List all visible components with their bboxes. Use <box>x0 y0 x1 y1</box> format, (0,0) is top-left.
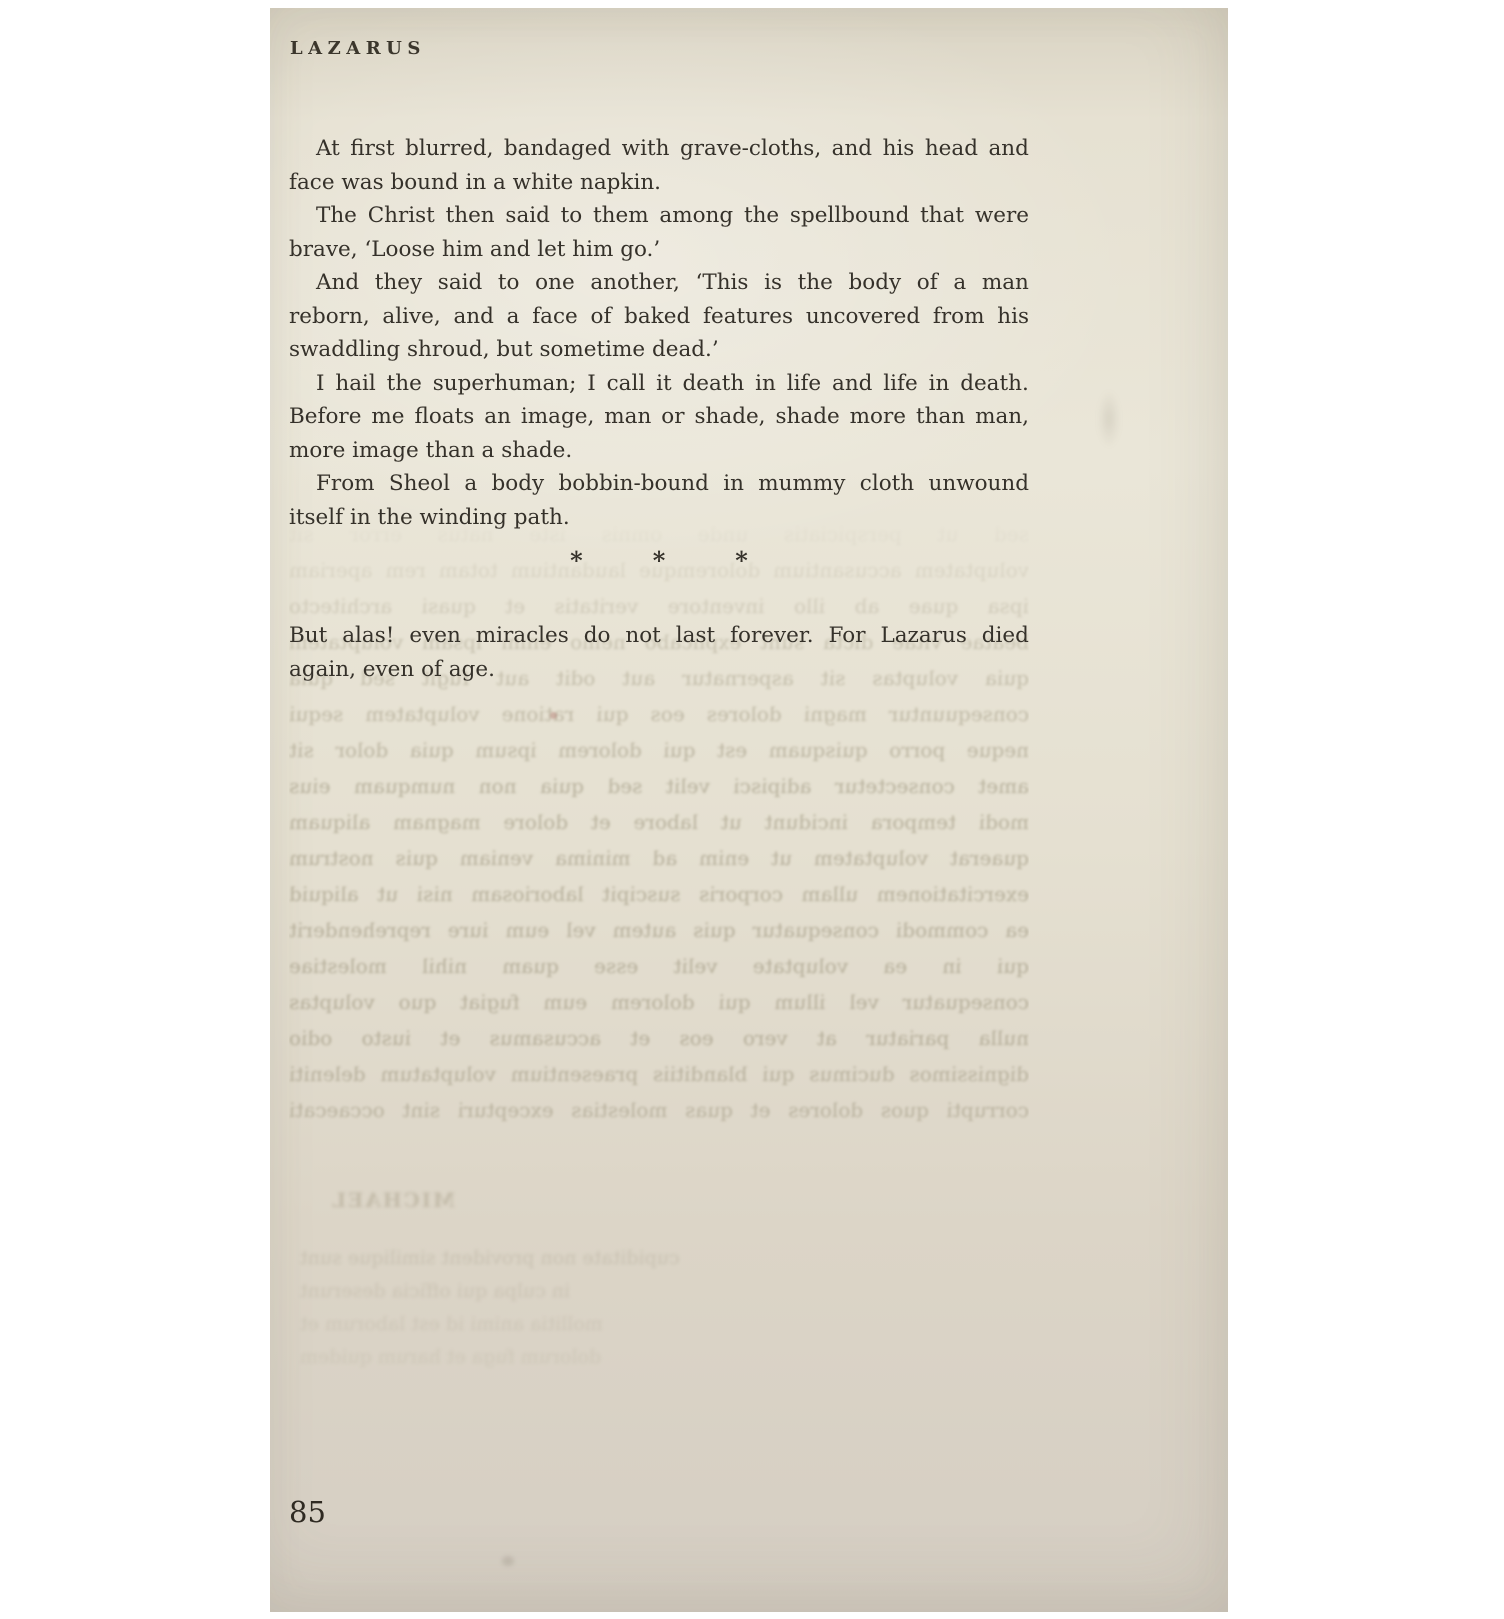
text-line: Atfirstblurred,bandagedwithgrave-cloths,… <box>289 132 1029 166</box>
bleedthrough-line: dignissimosducimusquiblanditiispraesenti… <box>289 1056 1029 1092</box>
paper-speck <box>502 1556 514 1566</box>
running-head: LAZARUS <box>290 38 426 59</box>
bleedthrough-signature: MICHAELcupiditate non provident similiqu… <box>300 1188 840 1374</box>
text-line: Beforemefloatsanimage,manorshade,shademo… <box>289 400 1029 434</box>
text-line: swaddling shroud, but sometime dead.’ <box>289 333 1029 367</box>
closing-paragraph: Butalas!evenmiraclesdonotlastforever.For… <box>289 619 1029 686</box>
page-number: 85 <box>289 1492 326 1532</box>
bleedthrough-line: cupiditate non provident similique sunt <box>300 1242 840 1275</box>
bleedthrough-line: consequaturvelillumquidoloremeumfugiatqu… <box>289 984 1029 1020</box>
book-page-scan: LAZARUS sedutperspiciatisundeomnisistena… <box>270 8 1228 1612</box>
text-line: FromSheolabodybobbin-boundinmummyclothun… <box>289 467 1029 501</box>
text-line: Ihailthesuperhuman;Icallitdeathinlifeand… <box>289 367 1029 401</box>
bleedthrough-line: nequeporroquisquamestquidoloremipsumquia… <box>289 732 1029 768</box>
text-line: TheChristthensaidtothemamongthespellboun… <box>289 199 1029 233</box>
bleedthrough-line: ametconsecteturadipiscivelitsedquianonnu… <box>289 768 1029 804</box>
asterisk-separator: *** <box>289 544 1029 578</box>
text-line: reborn,alive,andafaceofbakedfeaturesunco… <box>289 300 1029 334</box>
bleedthrough-line: corruptiquosdoloresetquasmolestiasexcept… <box>289 1092 1029 1128</box>
bleedthrough-line: mollitia animi id est laborum et <box>300 1308 840 1341</box>
paper-speck <box>550 712 557 719</box>
text-line: face was bound in a white napkin. <box>289 166 1029 200</box>
bleedthrough-line: eacommodiconsequaturquisautemveleumiurer… <box>289 912 1029 948</box>
text-line: Andtheysaidtooneanother,‘Thisisthebodyof… <box>289 266 1029 300</box>
bleedthrough-line: in culpa qui officia deserunt <box>300 1275 840 1308</box>
asterisk: * <box>735 546 748 575</box>
paper-smudge <box>1098 390 1120 448</box>
bleedthrough-heading: MICHAEL <box>330 1188 840 1212</box>
bleedthrough-line: quiineavoluptatevelitessequamnihilmolest… <box>289 948 1029 984</box>
bleedthrough-text: sedutperspiciatisundeomnisistenatuserror… <box>289 516 1029 1128</box>
bleedthrough-line: quaeratvoluptatemutenimadminimaveniamqui… <box>289 840 1029 876</box>
text-line: itself in the winding path. <box>289 501 1029 535</box>
bleedthrough-line: consequunturmagnidoloreseosquirationevol… <box>289 696 1029 732</box>
text-line: again, even of age. <box>289 653 1029 687</box>
text-line: brave, ‘Loose him and let him go.’ <box>289 233 1029 267</box>
text-line: Butalas!evenmiraclesdonotlastforever.For… <box>289 619 1029 653</box>
text-line: more image than a shade. <box>289 434 1029 468</box>
asterisk: * <box>570 546 583 575</box>
bleedthrough-line: dolorum fuga et harum quidem <box>300 1341 840 1374</box>
bleedthrough-line: moditemporainciduntutlaboreetdoloremagna… <box>289 804 1029 840</box>
bleedthrough-line: exercitationemullamcorporissuscipitlabor… <box>289 876 1029 912</box>
bleedthrough-line: nullapariaturatveroeosetaccusamusetiusto… <box>289 1020 1029 1056</box>
body-text: Atfirstblurred,bandagedwithgrave-cloths,… <box>289 132 1029 534</box>
asterisk: * <box>653 546 666 575</box>
